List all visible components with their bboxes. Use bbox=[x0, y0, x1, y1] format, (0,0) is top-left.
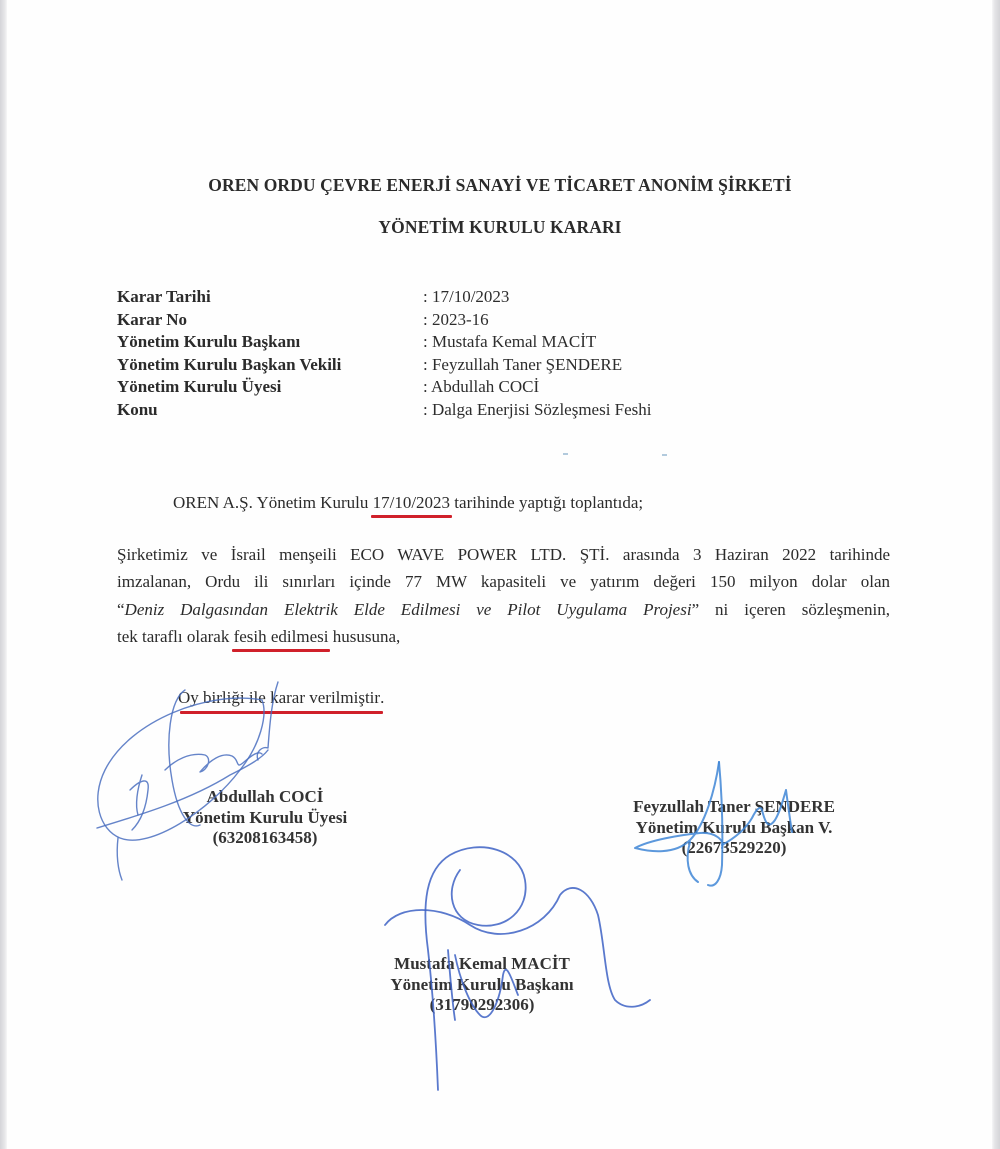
company-title: OREN ORDU ÇEVRE ENERJİ SANAYİ VE TİCARET… bbox=[0, 175, 1000, 196]
meta-label: Yönetim Kurulu Başkanı bbox=[117, 331, 423, 354]
meta-row-vice-chairman: Yönetim Kurulu Başkan Vekili : Feyzullah… bbox=[117, 354, 652, 377]
quote-open: “ bbox=[117, 600, 125, 619]
meeting-intro: OREN A.Ş. Yönetim Kurulu 17/10/2023 tari… bbox=[173, 493, 643, 513]
signatory-abdullah-coci: Abdullah COCİ Yönetim Kurulu Üyesi (6320… bbox=[160, 787, 370, 849]
signatory-name: Feyzullah Taner ŞENDERE bbox=[608, 797, 860, 818]
intro-text: OREN A.Ş. Yönetim Kurulu bbox=[173, 493, 373, 512]
decision-metadata: Karar Tarihi : 17/10/2023 Karar No : 202… bbox=[117, 286, 652, 421]
meta-value: : 2023-16 bbox=[423, 309, 489, 332]
signatory-name: Abdullah COCİ bbox=[160, 787, 370, 808]
decision-paragraph: Şirketimiz ve İsrail menşeili ECO WAVE P… bbox=[117, 541, 890, 650]
scan-speck bbox=[563, 453, 568, 455]
meta-value: : Feyzullah Taner ŞENDERE bbox=[423, 354, 622, 377]
meta-value: : Abdullah COCİ bbox=[423, 376, 539, 399]
meta-row-subject: Konu : Dalga Enerjisi Sözleşmesi Feshi bbox=[117, 399, 652, 422]
paragraph-text: ” ni içeren sözleşmenin, bbox=[692, 600, 890, 619]
paragraph-text: hususuna, bbox=[328, 627, 400, 646]
unanimous-decision: Oy birliği ile karar verilmiştir. bbox=[178, 688, 384, 708]
paragraph-text: tek taraflı olarak bbox=[117, 627, 234, 646]
highlighted-termination: fesih edilmesi bbox=[234, 627, 329, 646]
intro-text: tarihinde yaptığı toplantıda; bbox=[450, 493, 643, 512]
signatory-mustafa-macit: Mustafa Kemal MACİT Yönetim Kurulu Başka… bbox=[362, 954, 602, 1016]
scan-edge-right bbox=[992, 0, 1000, 1149]
meta-label: Konu bbox=[117, 399, 423, 422]
signatory-id: (63208163458) bbox=[160, 828, 370, 849]
meta-value: : Mustafa Kemal MACİT bbox=[423, 331, 596, 354]
meta-row-date: Karar Tarihi : 17/10/2023 bbox=[117, 286, 652, 309]
highlighted-decision: Oy birliği ile karar verilmiştir bbox=[178, 688, 380, 707]
meta-value: : Dalga Enerjisi Sözleşmesi Feshi bbox=[423, 399, 652, 422]
signatory-role: Yönetim Kurulu Başkanı bbox=[362, 975, 602, 996]
project-name: Deniz Dalgasından Elektrik Elde Edilmesi… bbox=[125, 600, 692, 619]
signatory-feyzullah-sendere: Feyzullah Taner ŞENDERE Yönetim Kurulu B… bbox=[608, 797, 860, 859]
meta-label: Yönetim Kurulu Üyesi bbox=[117, 376, 423, 399]
signatory-role: Yönetim Kurulu Üyesi bbox=[160, 808, 370, 829]
meta-row-member: Yönetim Kurulu Üyesi : Abdullah COCİ bbox=[117, 376, 652, 399]
signatory-role: Yönetim Kurulu Başkan V. bbox=[608, 818, 860, 839]
highlighted-date: 17/10/2023 bbox=[373, 493, 450, 512]
meta-row-chairman: Yönetim Kurulu Başkanı : Mustafa Kemal M… bbox=[117, 331, 652, 354]
paragraph-line: “Deniz Dalgasından Elektrik Elde Edilmes… bbox=[117, 596, 890, 623]
decision-period: . bbox=[380, 688, 384, 707]
paragraph-line: imzalanan, Ordu ili sınırları içinde 77 … bbox=[117, 568, 890, 595]
meta-row-number: Karar No : 2023-16 bbox=[117, 309, 652, 332]
signatory-name: Mustafa Kemal MACİT bbox=[362, 954, 602, 975]
scan-speck bbox=[662, 454, 667, 456]
signatory-id: (22673529220) bbox=[608, 838, 860, 859]
paragraph-line: Şirketimiz ve İsrail menşeili ECO WAVE P… bbox=[117, 541, 890, 568]
scan-edge-left bbox=[0, 0, 7, 1149]
paragraph-line: tek taraflı olarak fesih edilmesi hususu… bbox=[117, 623, 890, 650]
meta-label: Karar Tarihi bbox=[117, 286, 423, 309]
meta-value: : 17/10/2023 bbox=[423, 286, 509, 309]
signatory-id: (31790292306) bbox=[362, 995, 602, 1016]
meta-label: Yönetim Kurulu Başkan Vekili bbox=[117, 354, 423, 377]
document-title: YÖNETİM KURULU KARARI bbox=[0, 217, 1000, 238]
meta-label: Karar No bbox=[117, 309, 423, 332]
